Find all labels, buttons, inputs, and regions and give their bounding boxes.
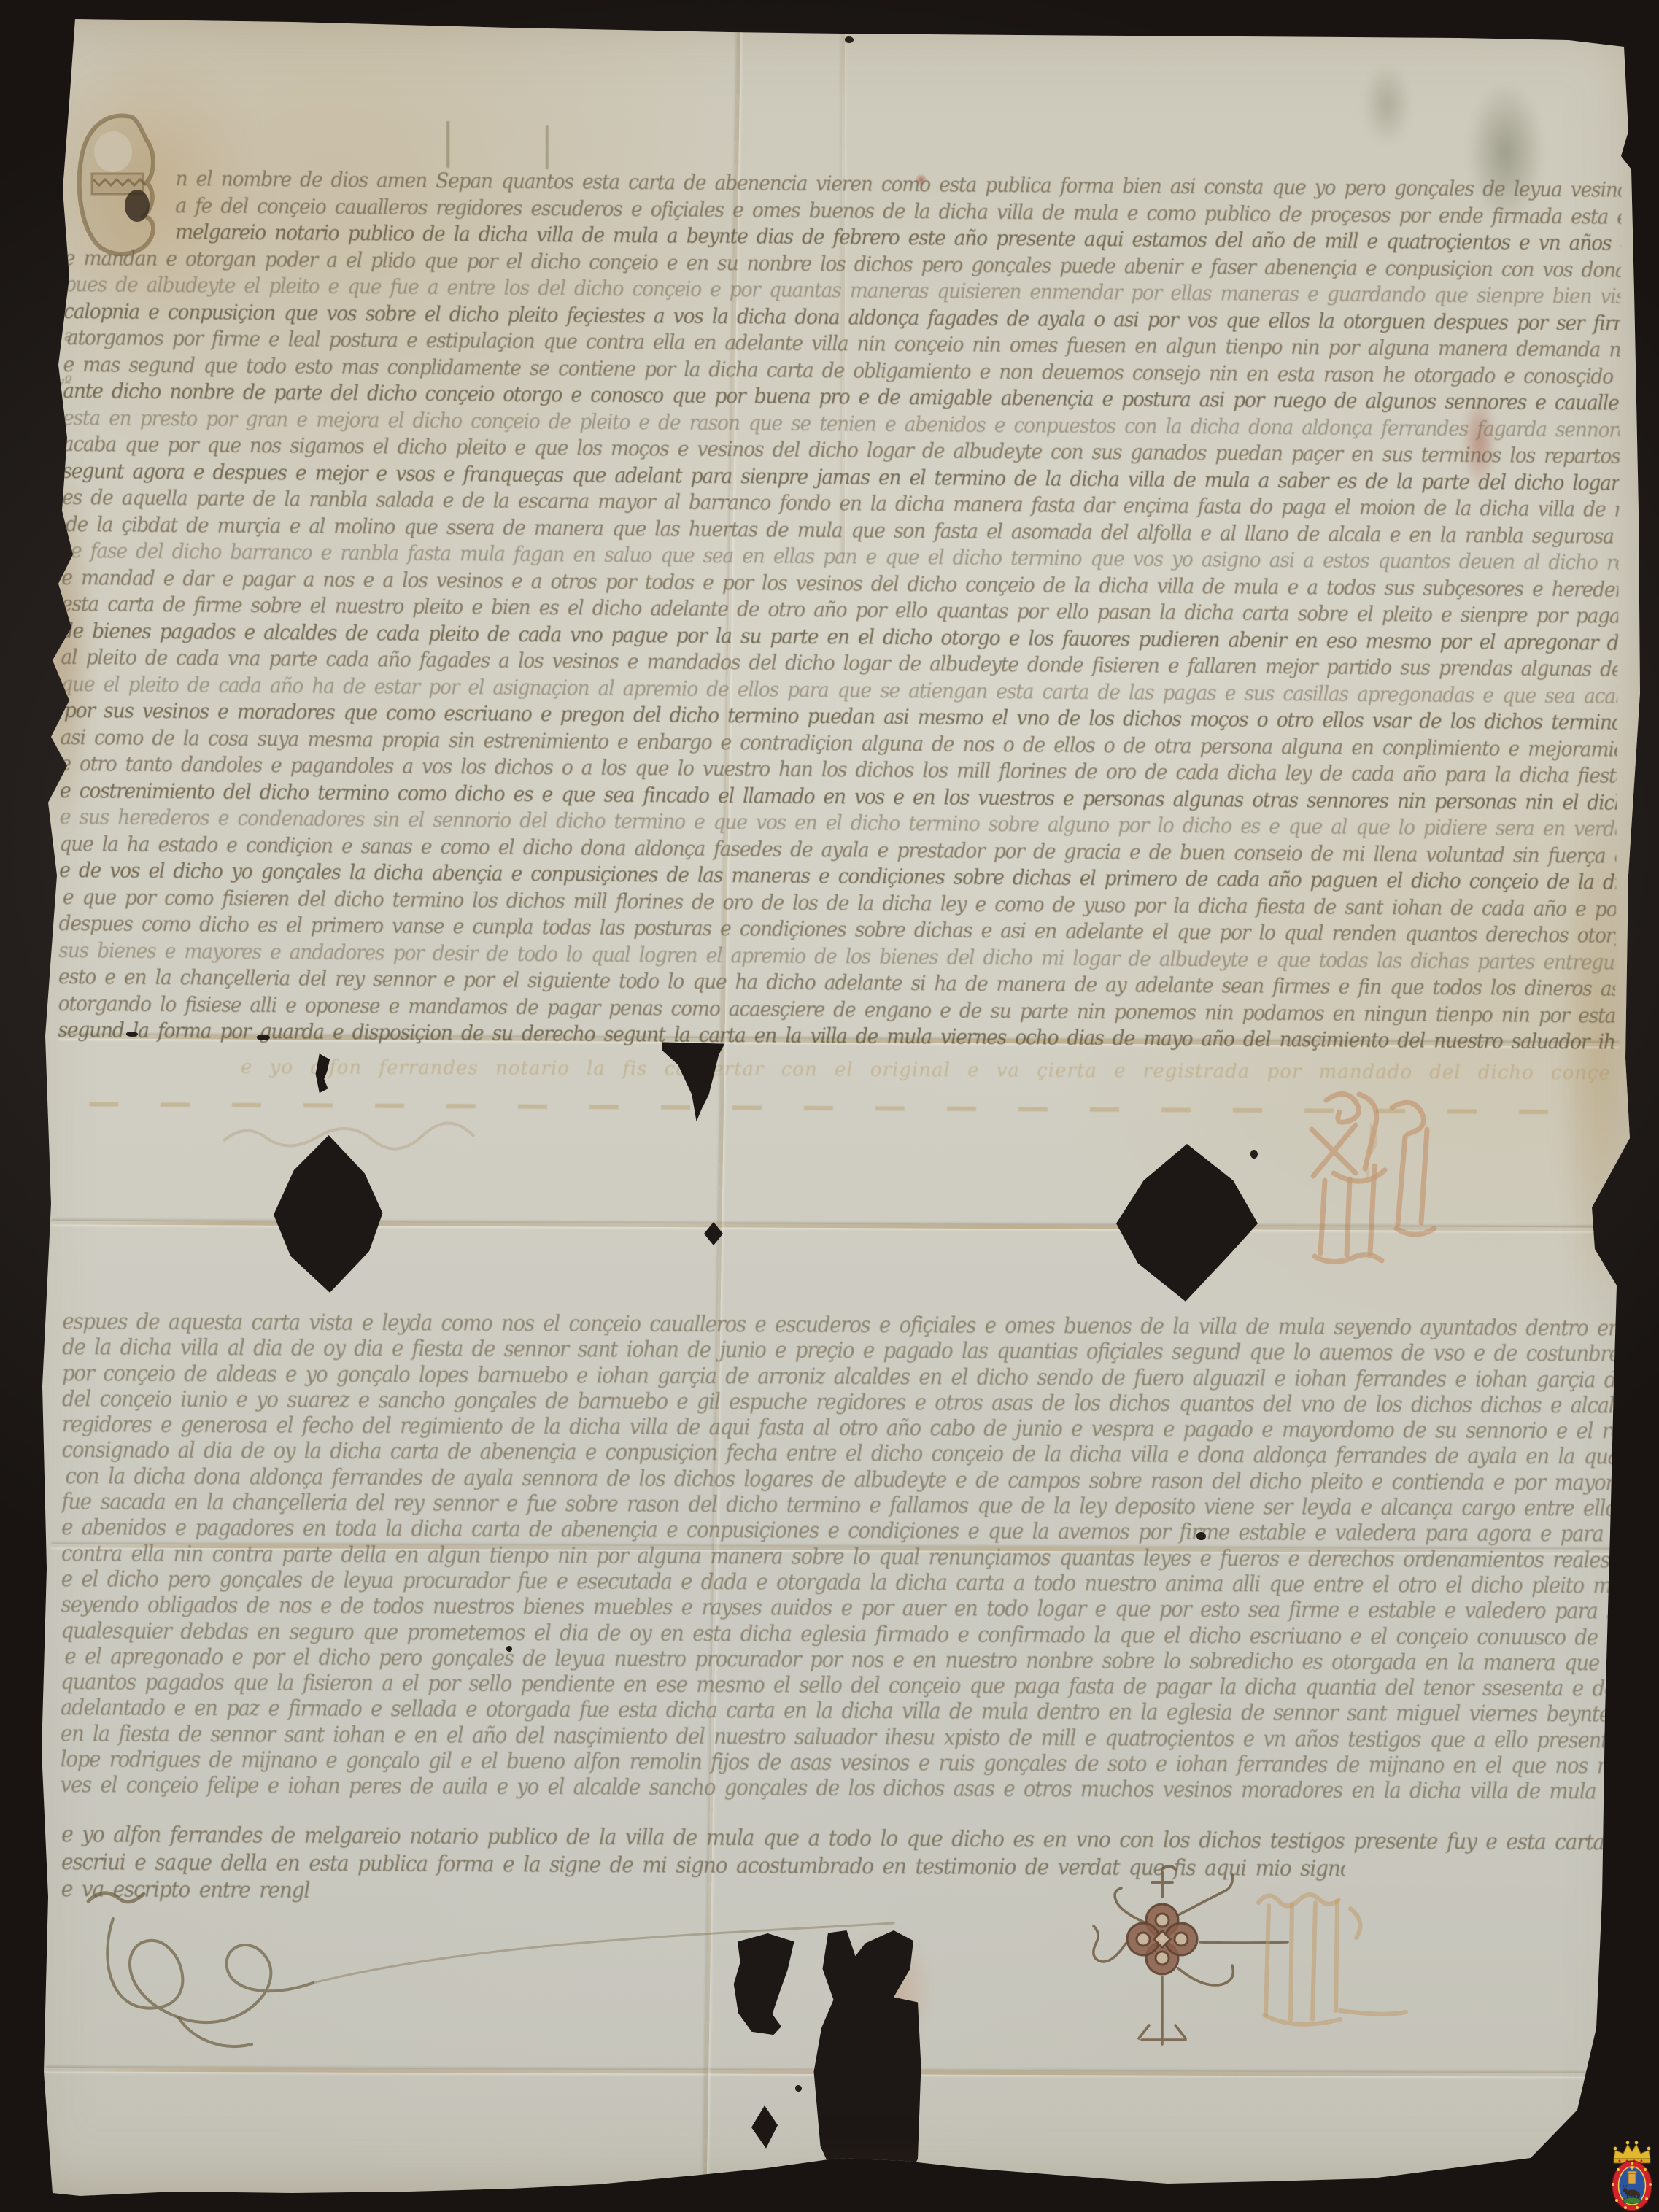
ascender-stroke <box>446 121 449 168</box>
oval-arms <box>1612 2161 1652 2211</box>
upper-text-block: n el nombre de dios amen Sepan quantos e… <box>58 166 1621 1057</box>
ink-fleck <box>126 1032 138 1037</box>
ink-fleck <box>1196 1532 1206 1540</box>
margin-mark: ʒ <box>44 928 53 946</box>
ink-fleck <box>1250 1150 1258 1159</box>
ascender-stroke <box>546 125 549 169</box>
manuscript-line: ves el conçeio felipe e iohan peres de a… <box>61 1772 1617 1806</box>
ink-fleck <box>845 36 854 43</box>
ink-fleck <box>257 1035 270 1040</box>
signature-rubric-flourish <box>69 1868 916 2065</box>
ink-fleck <box>795 2085 802 2092</box>
ghost-doodle-drawing <box>1283 1078 1480 1283</box>
photograph-of-parchment-charter: { "document": { "kind": "photograph of a… <box>0 0 1659 2212</box>
crown-icon <box>1614 2141 1651 2163</box>
large-bottom-loss <box>813 1930 922 2187</box>
ink-fleck <box>506 1646 512 1652</box>
archive-crest-stamp <box>1608 2136 1656 2212</box>
faded-companion-sign <box>1258 1895 1406 2025</box>
notarial-sign-drawing <box>1091 1862 1412 2051</box>
pen-trial-squiggle <box>219 1119 482 1153</box>
lower-text-block: espues de aquesta carta vista e leyda co… <box>61 1310 1620 1806</box>
parchment-sheet: ƨ vº ʒ n el nombre de dios amen Sepan qu… <box>0 0 1659 2212</box>
notarial-sign <box>1091 1862 1412 2051</box>
rubric-drawing <box>69 1868 916 2065</box>
small-diamond-hole-bottom <box>750 2105 779 2149</box>
ghost-doodle-orange <box>1283 1078 1480 1283</box>
stain-olive-small <box>1363 64 1411 144</box>
diamond-hole-right <box>1115 1144 1259 1303</box>
diamond-hole-left <box>271 1135 384 1294</box>
